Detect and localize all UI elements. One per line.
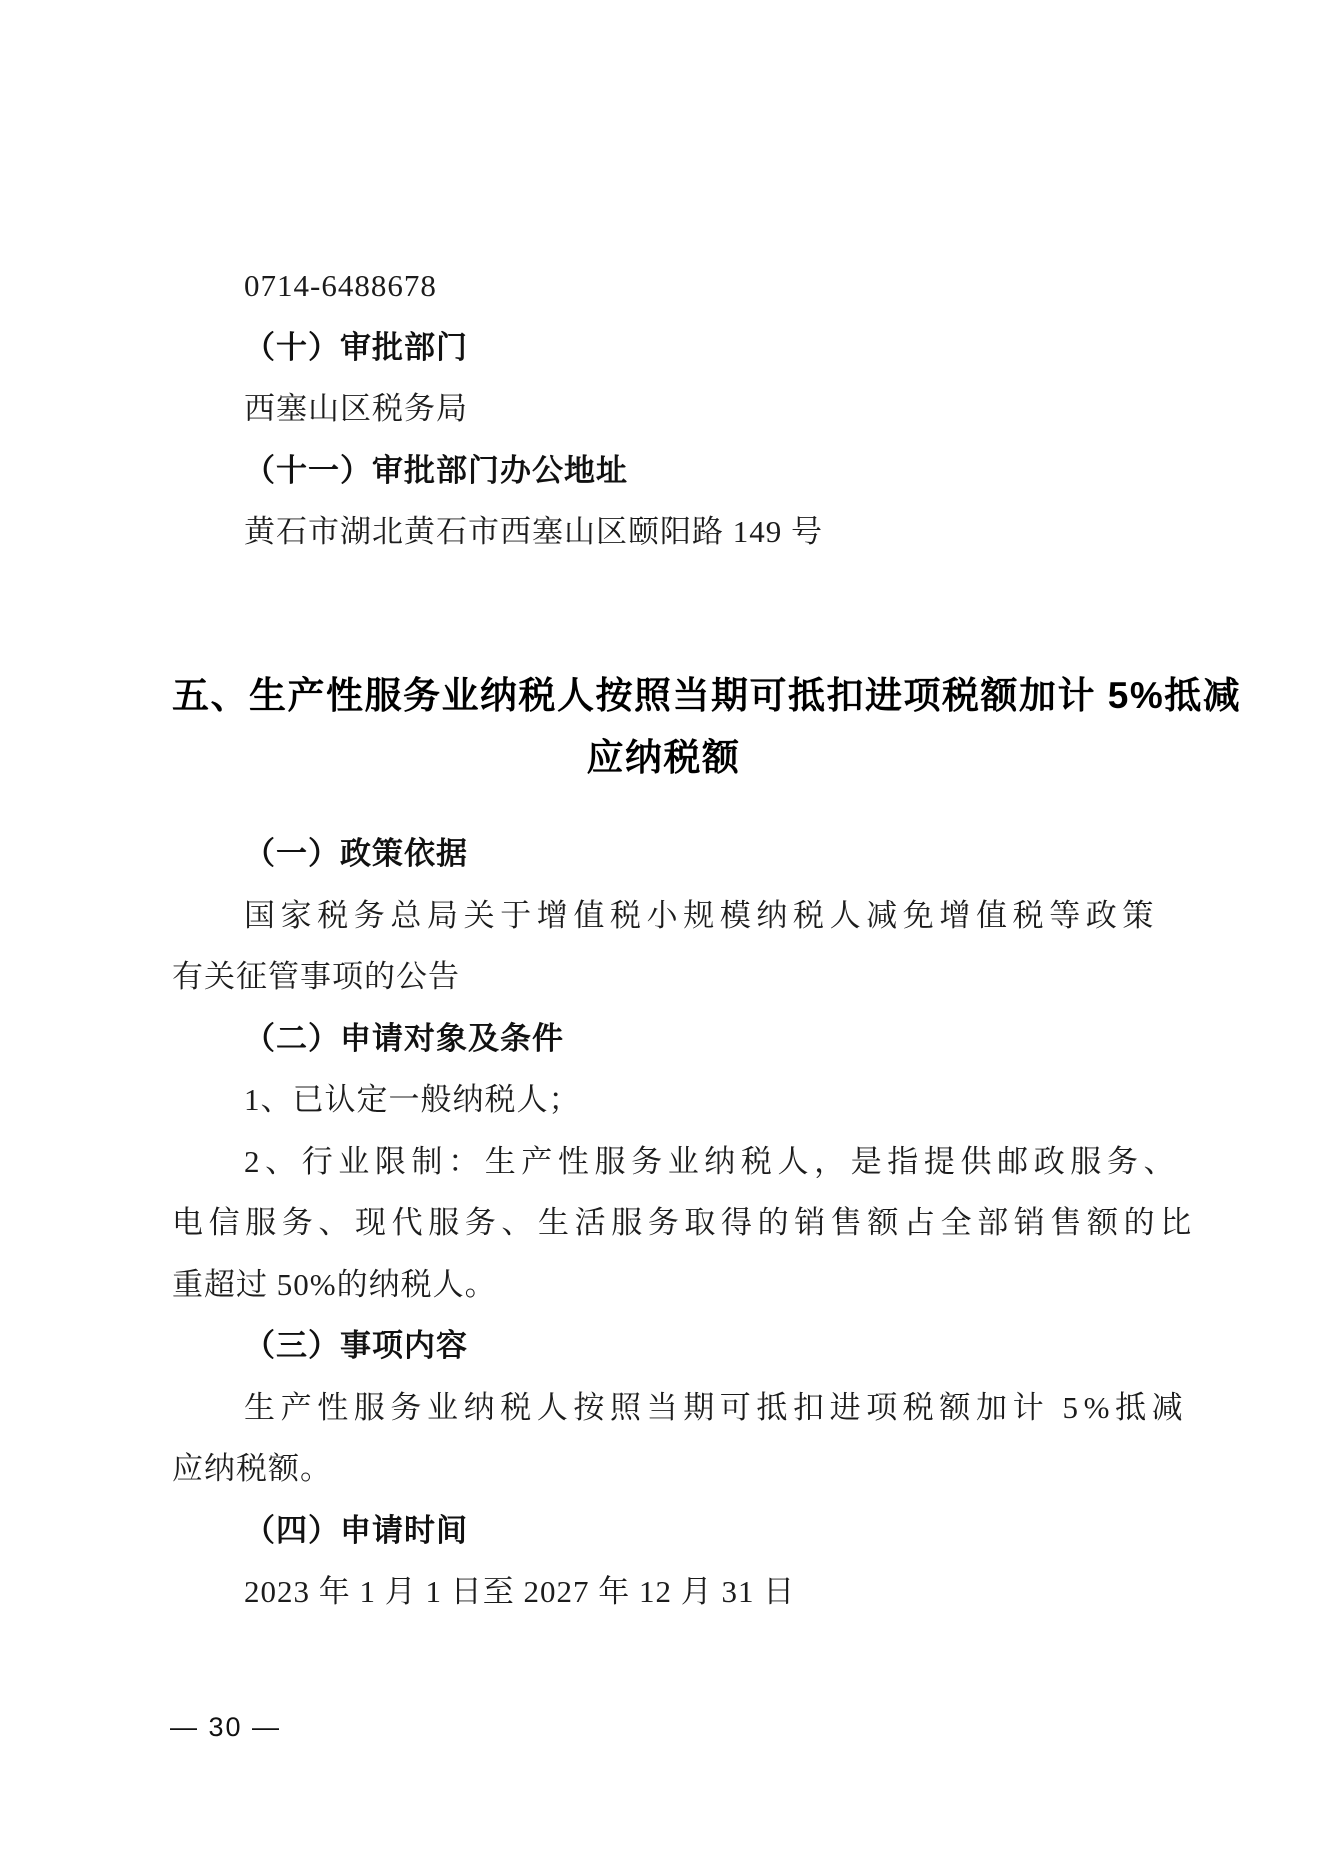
heading-10-approval-dept: （十）审批部门	[172, 317, 1155, 379]
heading-policy-basis: （一）政策依据	[172, 823, 1155, 885]
apply-time-value: 2023 年 1 月 1 日至 2027 年 12 月 31 日	[172, 1561, 1155, 1623]
approval-dept-value: 西塞山区税务局	[172, 378, 1155, 440]
approval-dept-address-value: 黄石市湖北黄石市西塞山区颐阳路 149 号	[172, 501, 1155, 563]
policy-basis-line2: 有关征管事项的公告	[172, 946, 1155, 1008]
page-number: — 30 —	[170, 1707, 281, 1747]
condition-item-2-line2: 电信服务、现代服务、生活服务取得的销售额占全部销售额的比	[172, 1192, 1155, 1254]
matter-content-line1: 生产性服务业纳税人按照当期可抵扣进项税额加计 5%抵减	[172, 1377, 1155, 1439]
document-page: 0714-6488678 （十）审批部门 西塞山区税务局 （十一）审批部门办公地…	[0, 0, 1323, 1871]
section5-title-line2: 应纳税额	[172, 727, 1155, 789]
policy-basis-line1: 国家税务总局关于增值税小规模纳税人减免增值税等政策	[172, 885, 1155, 947]
condition-item-2-line1: 2、行业限制：生产性服务业纳税人，是指提供邮政服务、	[172, 1131, 1155, 1193]
heading-apply-time: （四）申请时间	[172, 1500, 1155, 1562]
heading-matter-content: （三）事项内容	[172, 1315, 1155, 1377]
matter-content-line2: 应纳税额。	[172, 1438, 1155, 1500]
previous-section-tail: 0714-6488678 （十）审批部门 西塞山区税务局 （十一）审批部门办公地…	[172, 255, 1155, 563]
condition-item-2-line3: 重超过 50%的纳税人。	[172, 1254, 1155, 1316]
heading-11-approval-dept-address: （十一）审批部门办公地址	[172, 440, 1155, 502]
condition-item-1: 1、已认定一般纳税人；	[172, 1069, 1155, 1131]
section5-title-line1: 五、生产性服务业纳税人按照当期可抵扣进项税额加计 5%抵减	[172, 665, 1155, 727]
section5-title: 五、生产性服务业纳税人按照当期可抵扣进项税额加计 5%抵减 应纳税额	[172, 665, 1155, 789]
contact-phone: 0714-6488678	[172, 255, 1155, 317]
section5-body: （一）政策依据 国家税务总局关于增值税小规模纳税人减免增值税等政策 有关征管事项…	[172, 823, 1155, 1623]
heading-apply-target: （二）申请对象及条件	[172, 1008, 1155, 1070]
